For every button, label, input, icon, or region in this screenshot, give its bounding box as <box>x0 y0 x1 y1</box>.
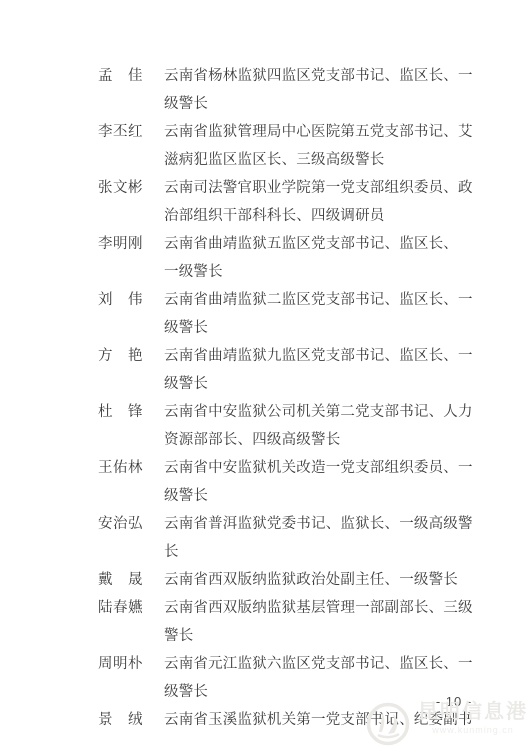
officer-list: 孟 佳 云南省杨林监狱四监区党支部书记、监区长、一 级警长 李丕红 云南省监狱管… <box>98 62 478 734</box>
officer-name: 刘 伟 <box>98 286 144 314</box>
officer-position: 云南省西双版纳监狱基层管理一部副部长、三级警长 <box>164 594 478 650</box>
officer-position: 云南省曲靖监狱九监区党支部书记、监区长、一 级警长 <box>164 342 473 398</box>
officer-name: 杜 锋 <box>98 398 144 426</box>
officer-entry: 戴 晟 云南省西双版纳监狱政治处副主任、一级警长 <box>98 566 478 594</box>
officer-position: 云南省西双版纳监狱政治处副主任、一级警长 <box>164 566 458 594</box>
officer-entry: 张文彬 云南司法警官职业学院第一党支部组织委员、政 治部组织干部科科长、四级调研… <box>98 174 478 230</box>
document-page: 孟 佳 云南省杨林监狱四监区党支部书记、监区长、一 级警长 李丕红 云南省监狱管… <box>0 0 530 750</box>
officer-entry: 安治弘 云南省普洱监狱党委书记、监狱长、一级高级警长 <box>98 510 478 566</box>
officer-name: 陆春嬿 <box>98 594 144 622</box>
officer-entry: 杜 锋 云南省中安监狱公司机关第二党支部书记、人力 资源部部长、四级高级警长 <box>98 398 478 454</box>
officer-name: 孟 佳 <box>98 62 144 90</box>
page-number: - 10 - <box>404 694 504 709</box>
officer-entry: 李丕红 云南省监狱管理局中心医院第五党支部书记、艾 滋病犯监区监区长、三级高级警… <box>98 118 478 174</box>
officer-position: 云南省曲靖监狱五监区党支部书记、监区长、 一级警长 <box>164 230 458 286</box>
officer-entry: 王佑林 云南省中安监狱机关改造一党支部组织委员、一 级警长 <box>98 454 478 510</box>
officer-position: 云南省玉溪监狱机关第一党支部书记、纪委副书 <box>164 706 473 734</box>
officer-name: 王佑林 <box>98 454 144 482</box>
officer-name: 景 绒 <box>98 706 144 734</box>
officer-position: 云南省杨林监狱四监区党支部书记、监区长、一 级警长 <box>164 62 473 118</box>
officer-entry: 方 艳 云南省曲靖监狱九监区党支部书记、监区长、一 级警长 <box>98 342 478 398</box>
officer-entry: 李明刚 云南省曲靖监狱五监区党支部书记、监区长、 一级警长 <box>98 230 478 286</box>
officer-name: 张文彬 <box>98 174 144 202</box>
officer-position: 云南省监狱管理局中心医院第五党支部书记、艾 滋病犯监区监区长、三级高级警长 <box>164 118 473 174</box>
officer-entry: 景 绒 云南省玉溪监狱机关第一党支部书记、纪委副书 <box>98 706 478 734</box>
officer-entry: 刘 伟 云南省曲靖监狱二监区党支部书记、监区长、一 级警长 <box>98 286 478 342</box>
officer-position: 云南省曲靖监狱二监区党支部书记、监区长、一 级警长 <box>164 286 473 342</box>
officer-name: 周明朴 <box>98 650 144 678</box>
officer-name: 戴 晟 <box>98 566 144 594</box>
officer-name: 安治弘 <box>98 510 144 538</box>
officer-name: 李丕红 <box>98 118 144 146</box>
officer-position: 云南省普洱监狱党委书记、监狱长、一级高级警长 <box>164 510 478 566</box>
officer-position: 云南司法警官职业学院第一党支部组织委员、政 治部组织干部科科长、四级调研员 <box>164 174 473 230</box>
officer-position: 云南省中安监狱公司机关第二党支部书记、人力 资源部部长、四级高级警长 <box>164 398 473 454</box>
officer-entry: 陆春嬿 云南省西双版纳监狱基层管理一部副部长、三级警长 <box>98 594 478 650</box>
officer-entry: 孟 佳 云南省杨林监狱四监区党支部书记、监区长、一 级警长 <box>98 62 478 118</box>
officer-name: 李明刚 <box>98 230 144 258</box>
officer-position: 云南省中安监狱机关改造一党支部组织委员、一 级警长 <box>164 454 473 510</box>
officer-name: 方 艳 <box>98 342 144 370</box>
